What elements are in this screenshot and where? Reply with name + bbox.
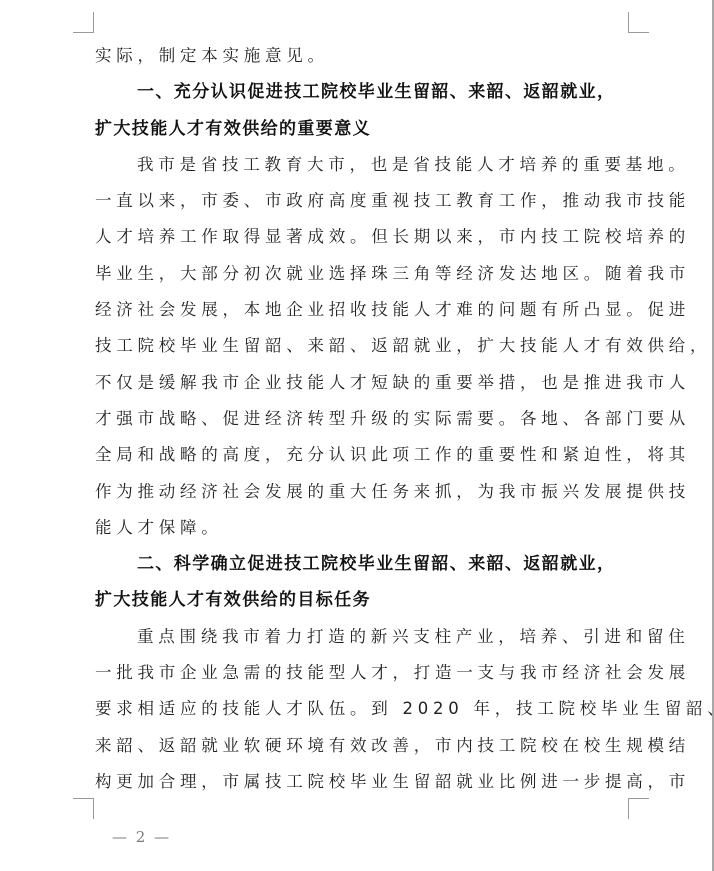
text-line: 实际，制定本实施意见。 (95, 38, 635, 74)
crop-mark-top-left (73, 12, 94, 33)
crop-mark-bottom-left (73, 798, 94, 819)
text-line: 能人才保障。 (95, 510, 635, 546)
text-line: 作为推动经济社会发展的重大任务来抓，为我市振兴发展提供技 (95, 474, 635, 510)
section-heading-2: 二、科学确立促进技工院校毕业生留韶、来韶、返韶就业， (95, 546, 635, 582)
text-line: 重点围绕我市着力打造的新兴支柱产业，培养、引进和留住 (95, 619, 635, 655)
document-body: 实际，制定本实施意见。 一、充分认识促进技工院校毕业生留韶、来韶、返韶就业， 扩… (95, 38, 635, 800)
text-line: 一批我市企业急需的技能型人才，打造一支与我市经济社会发展 (95, 655, 635, 691)
section-heading-2-cont: 扩大技能人才有效供给的目标任务 (95, 582, 635, 618)
text-line: 全局和战略的高度，充分认识此项工作的重要性和紧迫性，将其 (95, 437, 635, 473)
text-line: 来韶、返韶就业软硬环境有效改善，市内技工院校在校生规模结 (95, 728, 635, 764)
text-line: 构更加合理，市属技工院校毕业生留韶就业比例进一步提高，市 (95, 764, 635, 800)
text-line: 一直以来，市委、市政府高度重视技工教育工作，推动我市技能 (95, 183, 635, 219)
section-heading-1: 一、充分认识促进技工院校毕业生留韶、来韶、返韶就业， (95, 74, 635, 110)
text-line: 经济社会发展，本地企业招收技能人才难的问题有所凸显。促进 (95, 292, 635, 328)
text-line: 要求相适应的技能人才队伍。到 2020 年，技工院校毕业生留韶、 (95, 691, 635, 727)
crop-mark-top-right (628, 12, 649, 33)
crop-mark-bottom-right (628, 798, 649, 819)
page-number: — 2 — (112, 828, 171, 846)
text-line: 技工院校毕业生留韶、来韶、返韶就业，扩大技能人才有效供给， (95, 328, 635, 364)
text-line: 毕业生，大部分初次就业选择珠三角等经济发达地区。随着我市 (95, 256, 635, 292)
text-line: 我市是省技工教育大市，也是省技能人才培养的重要基地。 (95, 147, 635, 183)
text-line: 不仅是缓解我市企业技能人才短缺的重要举措，也是推进我市人 (95, 365, 635, 401)
text-line: 人才培养工作取得显著成效。但长期以来，市内技工院校培养的 (95, 219, 635, 255)
section-heading-1-cont: 扩大技能人才有效供给的重要意义 (95, 111, 635, 147)
text-line: 才强市战略、促进经济转型升级的实际需要。各地、各部门要从 (95, 401, 635, 437)
